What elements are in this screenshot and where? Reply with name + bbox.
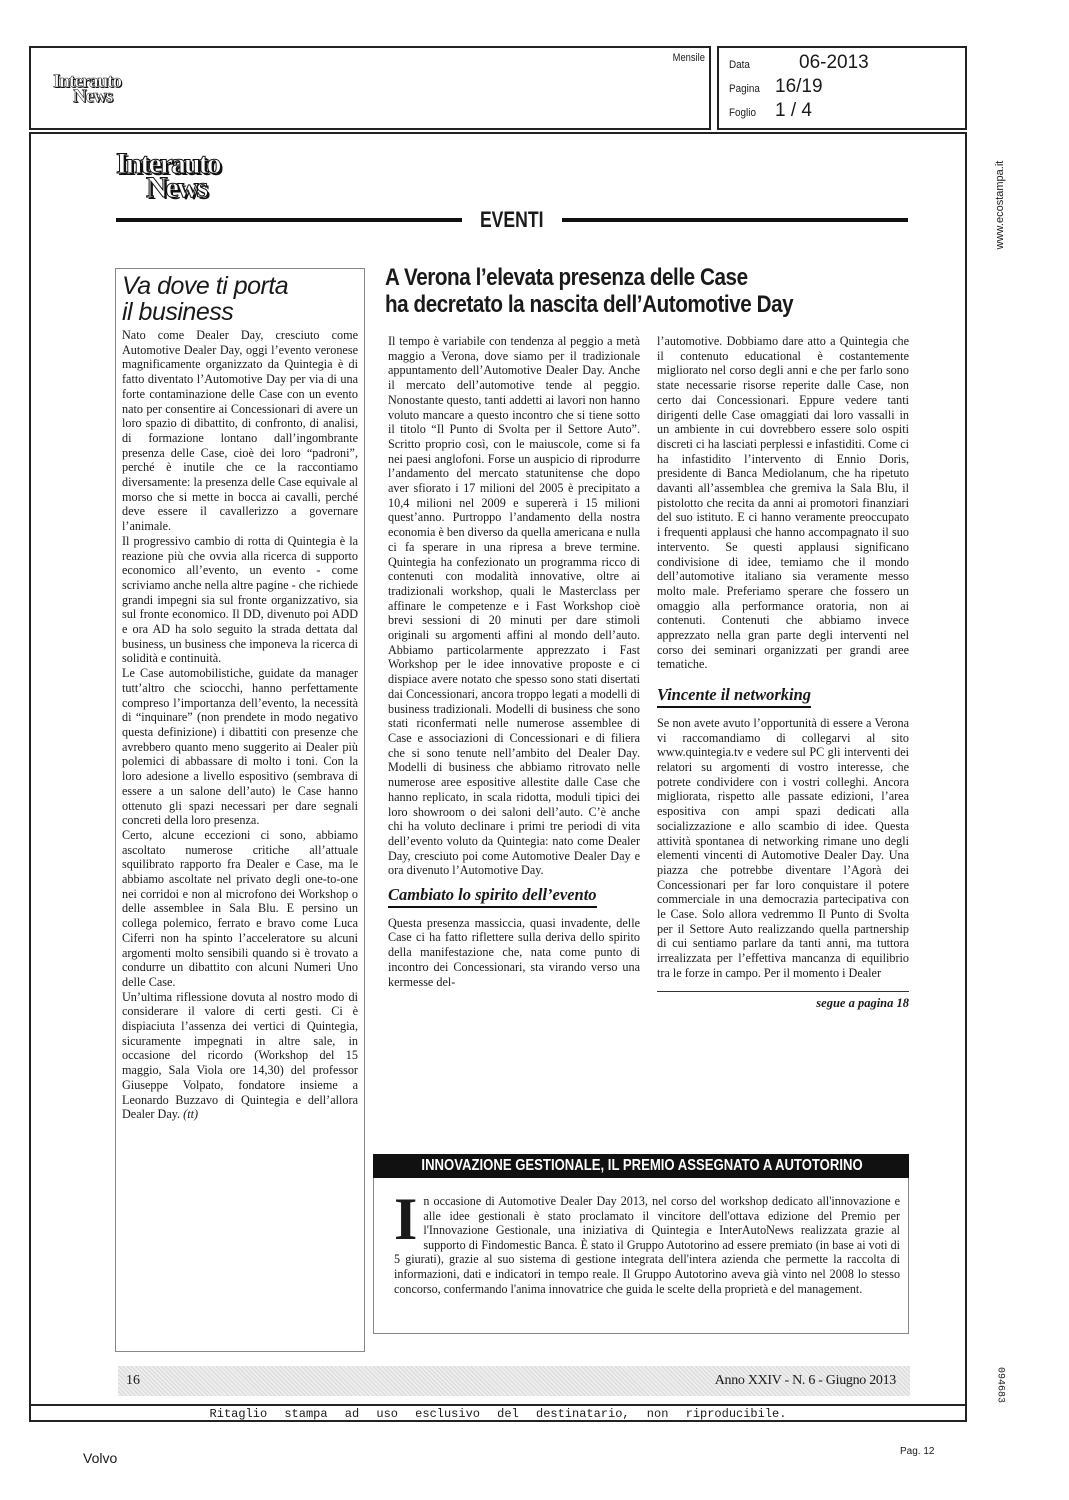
sidebar-paragraph-last: Un’ultima riflessione dovuta al nostro m… — [122, 990, 358, 1122]
sidebar-title-line-2: il business — [122, 299, 358, 325]
magazine-logo: Interauto News — [116, 152, 220, 200]
article-paragraph: Il tempo è variabile con tendenza al peg… — [388, 334, 640, 878]
continued-on-page: segue a pagina 18 — [657, 996, 909, 1011]
frequency-label: Mensile — [673, 52, 705, 64]
continued-rule — [657, 991, 909, 992]
article-paragraph: Questa presenza massiccia, quasi invaden… — [388, 916, 640, 990]
meta-value: 16/19 — [775, 76, 823, 98]
meta-value: 1 / 4 — [775, 100, 812, 122]
article-paragraph: Se non avete avuto l’opportunità di esse… — [657, 716, 909, 981]
ecostampa-url: www.ecostampa.it — [994, 161, 1006, 250]
page-footer-number: Pag. 12 — [900, 1446, 934, 1457]
meta-value: 06-2013 — [799, 52, 869, 74]
author-signature: (tt) — [183, 1107, 198, 1121]
folio-page-number: 16 — [126, 1373, 140, 1389]
meta-label: Pagina — [729, 83, 770, 95]
box-title-text: INNOVAZIONE GESTIONALE, IL PREMIO ASSEGN… — [421, 1154, 862, 1178]
article-subheading: Cambiato lo spirito dell’evento — [388, 888, 597, 908]
sidebar-paragraph: Il progressivo cambio di rotta di Quinte… — [122, 534, 358, 666]
header-meta-box: Data 06-2013 Pagina 16/19 Foglio 1 / 4 — [717, 46, 967, 130]
publication-logo: Interauto News — [53, 74, 121, 104]
folio-issue: Anno XXIV - N. 6 - Giugno 2013 — [715, 1373, 896, 1389]
page-folio: 16 Anno XXIV - N. 6 - Giugno 2013 — [118, 1366, 910, 1396]
drop-cap: I — [394, 1196, 417, 1242]
side-url: www.ecostampa.it — [990, 150, 1010, 260]
sidebar-editorial: Va dove ti porta il business Nato come D… — [115, 268, 365, 1352]
sidebar-paragraph: Nato come Dealer Day, cresciuto come Aut… — [122, 328, 358, 534]
clipping-code: 094683 — [995, 1367, 1006, 1403]
side-code: 094683 — [990, 1360, 1010, 1410]
meta-label: Foglio — [729, 107, 770, 119]
headline-line-2: ha decretato la nascita dell’Automotive … — [385, 291, 841, 318]
page-footer-client: Volvo — [83, 1450, 117, 1466]
sidebar-paragraph: Certo, alcune eccezioni ci sono, abbiamo… — [122, 828, 358, 990]
article-subheading: Vincente il networking — [657, 688, 811, 708]
box-title: INNOVAZIONE GESTIONALE, IL PREMIO ASSEGN… — [373, 1154, 909, 1178]
box-body: I n occasione di Automotive Dealer Day 2… — [373, 1178, 909, 1334]
meta-sheet: Foglio 1 / 4 — [729, 100, 812, 122]
meta-label: Data — [729, 59, 770, 71]
header-publication-box: Interauto News Mensile — [29, 46, 711, 130]
section-banner: EVENTI — [116, 207, 908, 233]
disclaimer-strip: Ritaglio stampa ad uso esclusivo del des… — [29, 1404, 967, 1422]
sidebar-paragraph: Le Case automobilistiche, guidate da man… — [122, 666, 358, 828]
sidebar-title: Va dove ti porta il business — [122, 273, 358, 325]
headline-line-1: A Verona l’elevata presenza delle Case — [385, 264, 841, 291]
disclaimer-text: Ritaglio stampa ad uso esclusivo del des… — [210, 1407, 787, 1421]
box-text: n occasione di Automotive Dealer Day 201… — [394, 1194, 900, 1296]
sidebar-paragraph-text: Un’ultima riflessione dovuta al nostro m… — [122, 990, 358, 1122]
section-title: EVENTI — [472, 207, 552, 233]
sidebar-body: Nato come Dealer Day, cresciuto come Aut… — [122, 328, 358, 1122]
meta-page: Pagina 16/19 — [729, 76, 823, 98]
section-rule-left — [116, 218, 462, 222]
article-column-1: Il tempo è variabile con tendenza al peg… — [388, 334, 640, 989]
section-rule-right — [562, 218, 908, 222]
sidebar-title-line-1: Va dove ti porta — [122, 273, 358, 299]
article-column-2: l’automotive. Dobbiamo dare atto a Quint… — [657, 334, 909, 1010]
article-headline: A Verona l’elevata presenza delle Case h… — [385, 264, 841, 318]
article-paragraph: l’automotive. Dobbiamo dare atto a Quint… — [657, 334, 909, 672]
meta-date: Data 06-2013 — [729, 52, 869, 74]
